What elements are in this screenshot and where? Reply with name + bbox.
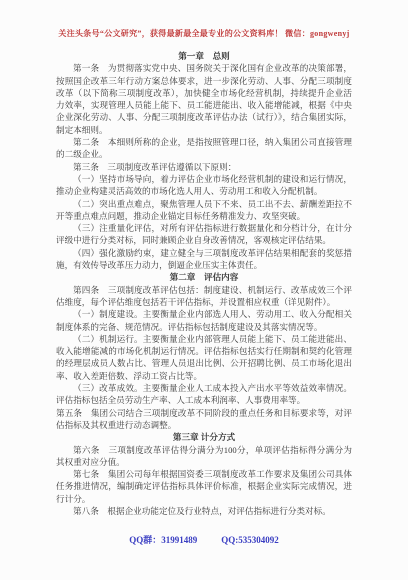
article-7: 第七条 集团公司每年根据国资委三项制度改革工作要求及集团公司具体任务推进情况，编…: [56, 468, 352, 505]
article-8: 第八条 根据企业功能定位及行业特点，对评估指标进行分类对标。: [56, 505, 352, 517]
article-6: 第六条 三项制度改革评估得分满分为100分，单项评估指标得分满分为其权重对应分值…: [56, 444, 352, 469]
footer-contact: QQ群：31991489QQ:535304092: [0, 533, 408, 546]
document-page: 关注头条号“公文研究”，获得最新最全最专业的公文资料库！ 微信：gongweny…: [0, 0, 408, 580]
article-4: 第四条 三项制度改革评估包括：制度建设、机制运行、改革成效三个评估维度，每个评估…: [56, 284, 352, 309]
document-body: 第一章 总则 第一条 为贯彻落实党中央、国务院关于深化国有企业改革的决策部署，按…: [56, 50, 352, 517]
article-4-item-2: （二）机制运行。主要衡量企业内部管理人员能上能下、员工能进能出、收入能增能减的市…: [56, 333, 352, 382]
article-3-item-4: （四）强化激励约束，建立健全与三项制度改革评估结果相配套的奖惩措施，有效传导改革…: [56, 247, 352, 272]
chapter-heading-3: 第三章 计分方式: [56, 431, 352, 443]
qq-number: QQ:535304092: [221, 535, 279, 545]
article-3: 第三条 三项制度改革评估遵循以下原则：: [56, 161, 352, 173]
article-3-item-1: （一）坚持市场导向，着力评估企业市场化经营机制的建设和运行情况，推动企业构建灵活…: [56, 173, 352, 198]
article-3-item-3: （三）注重量化评估，对所有评估指标进行数据量化和分档计分，在计分评级中进行分类对…: [56, 222, 352, 247]
article-3-item-2: （二）突出重点难点，聚焦管理人员下不来、员工出不去、薪酬差距拉不开等重点难点问题…: [56, 198, 352, 223]
qq-group-number: QQ群：31991489: [129, 535, 197, 545]
article-5: 第五条 集团公司结合三项制度改革不同阶段的重点任务和目标要求等，对评估指标及其权…: [56, 407, 352, 432]
article-1: 第一条 为贯彻落实党中央、国务院关于深化国有企业改革的决策部署，按照国企改革三年…: [56, 62, 352, 136]
article-2: 第二条 本细则所称的企业，是指按照管理口径，纳入集团公司直接管理的二级企业。: [56, 136, 352, 161]
chapter-heading-2: 第二章 评估内容: [56, 271, 352, 283]
article-4-item-1: （一）制度建设。主要衡量企业内部选人用人、劳动用工、收入分配相关制度体系的完备、…: [56, 308, 352, 333]
header-promo-notice: 关注头条号“公文研究”，获得最新最全最专业的公文资料库！ 微信：gongweny…: [0, 28, 408, 39]
article-4-item-3: （三）改革成效。主要衡量企业人工成本投入产出水平等效益效率情况。评估指标包括全员…: [56, 382, 352, 407]
chapter-heading-1: 第一章 总则: [56, 50, 352, 62]
